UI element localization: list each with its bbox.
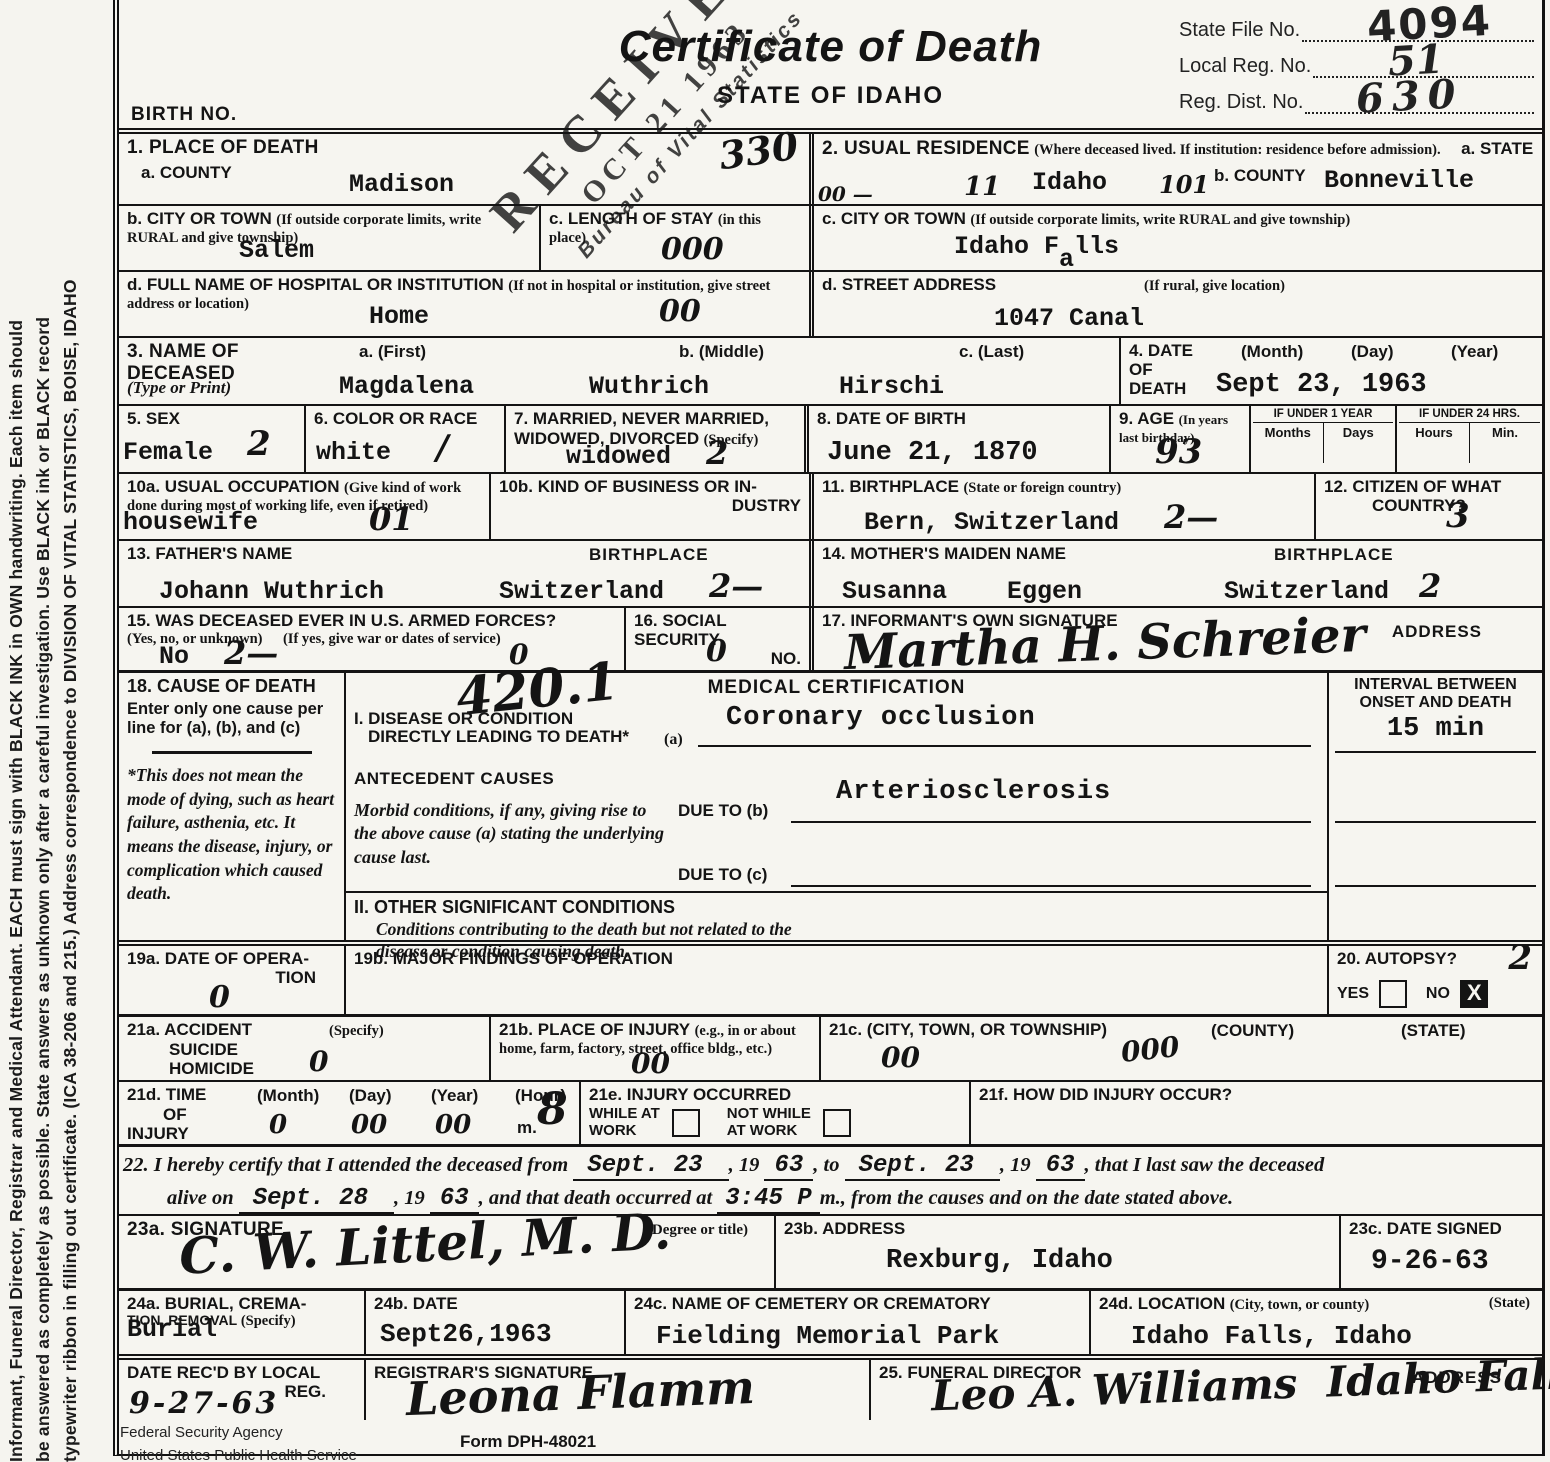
field-21b-label: 21b. PLACE OF INJURY: [499, 1020, 690, 1039]
field-8-label: 8. DATE OF BIRTH: [817, 409, 1101, 428]
field-1c-label: c. LENGTH OF STAY: [549, 209, 713, 228]
field-21c-label: 21c. (CITY, TOWN, OR TOWNSHIP): [829, 1020, 1107, 1039]
field-24d-state-label: (State): [1489, 1295, 1530, 1312]
funeral-director-signature: Leo A. Williams Idaho Falls: [930, 1349, 1550, 1421]
attended-to-value: Sept. 23: [845, 1152, 1000, 1181]
marital-value: widowed: [566, 442, 671, 471]
agency-footer: Federal Security Agency United States Pu…: [120, 1422, 357, 1462]
field-11-paren: (State or foreign country): [963, 480, 1121, 496]
dob-value: June 21, 1870: [827, 438, 1038, 468]
file-numbers: State File No. 4094 Local Reg. No. 51 Re…: [1179, 6, 1534, 114]
field-23b-address: 23b. ADDRESS Rexburg, Idaho: [774, 1216, 1339, 1288]
residence-state-hand-11: 11: [964, 172, 1000, 202]
hospital-hand-mark: 00: [659, 294, 701, 329]
street-address-value: 1047 Canal: [994, 304, 1144, 333]
field-21f-label: 21f. HOW DID INJURY OCCUR?: [979, 1085, 1232, 1104]
morbid-conditions-note: Morbid conditions, if any, giving rise t…: [354, 799, 664, 869]
sex-hand-mark: 2: [247, 424, 271, 464]
field-21d-label: 21d. TIME: [127, 1085, 206, 1104]
field-9-under-24-hrs: IF UNDER 24 HRS. Hours Min.: [1395, 406, 1542, 472]
field-24d-label: 24d. LOCATION: [1099, 1294, 1225, 1313]
field-21a-paren: (Specify): [329, 1023, 384, 1040]
birthplace-hand-mark: 2—: [1164, 498, 1218, 536]
field-6-label: 6. COLOR OR RACE: [314, 409, 496, 428]
form-header: Certificate of Death STATE OF IDAHO BIRT…: [119, 0, 1542, 128]
field-8-dob: 8. DATE OF BIRTH June 21, 1870: [804, 406, 1109, 472]
row-place-residence: 1. PLACE OF DEATH a. COUNTY Madison 2. U…: [119, 128, 1542, 204]
ssn-hand-mark: 0: [706, 634, 727, 669]
residence-state-value: Idaho: [1032, 168, 1107, 197]
local-reg-label: Local Reg. No.: [1179, 55, 1313, 78]
row-time-of-injury: 21d. TIME OF INJURY (Month) (Day) (Year)…: [119, 1080, 1542, 1144]
row-physician: 23a. SIGNATURE (Degree or title) C. W. L…: [119, 1214, 1542, 1288]
field-15-label: 15. WAS DECEASED EVER IN U.S. ARMED FORC…: [127, 611, 616, 630]
injury-year-hand: 00: [435, 1110, 471, 1140]
attended-from-value: Sept. 23: [573, 1152, 728, 1181]
field-25-funeral-director: 25. FUNERAL DIRECTOR ADDRESS Leo A. Will…: [869, 1360, 1542, 1420]
field-2c-paren: (If outside corporate limits, write RURA…: [970, 212, 1350, 228]
margin-line-1: Informant, Funeral Director, Registrar a…: [6, 0, 27, 1462]
field-13-label: 13. FATHER'S NAME: [127, 544, 292, 563]
field-6-race: 6. COLOR OR RACE white /: [304, 406, 504, 472]
field-2-usual-residence: 2. USUAL RESIDENCE (Where deceased lived…: [809, 134, 1542, 204]
injury-month-hand: 0: [269, 1110, 287, 1140]
field-2d-paren: (If rural, give location): [1144, 278, 1285, 295]
autopsy-hand-mark: 2: [1508, 938, 1532, 978]
field-1b-label: b. CITY OR TOWN: [127, 209, 272, 228]
form-number: Form DPH-48021: [460, 1432, 596, 1452]
state-file-row: State File No. 4094: [1179, 6, 1534, 42]
days-label: Days: [1324, 423, 1394, 463]
antecedent-causes-label: ANTECEDENT CAUSES: [354, 769, 554, 788]
attended-from-year: 63: [764, 1152, 813, 1181]
death-time-value: 3:45 P: [717, 1185, 819, 1214]
interval-value: 15 min: [1337, 714, 1534, 744]
row-registrar: DATE REC'D BY LOCAL REG. 9-27-63 REGISTR…: [119, 1354, 1542, 1420]
row-accident: 21a. ACCIDENT (Specify) SUICIDE HOMICIDE…: [119, 1014, 1542, 1080]
occupation-value: housewife: [123, 508, 258, 537]
field-2-paren: (Where deceased lived. If institution: r…: [1034, 142, 1440, 158]
citizen-hand-value: 3: [1446, 496, 1470, 536]
not-while-at-work-checkbox: [823, 1109, 851, 1137]
birth-no-label: BIRTH NO.: [131, 104, 237, 126]
field-1-place-of-death: 1. PLACE OF DEATH a. COUNTY Madison: [119, 134, 809, 204]
residence-county-value: Bonneville: [1324, 166, 1474, 195]
dod-day-label: (Day): [1351, 342, 1394, 361]
field-21a-label: 21a. ACCIDENT: [127, 1020, 252, 1039]
field-10b-label2: DUSTRY: [499, 496, 801, 515]
margin-instructions: Informant, Funeral Director, Registrar a…: [0, 0, 112, 1462]
cause-a-value: Coronary occlusion: [726, 703, 1036, 733]
physician-address-value: Rexburg, Idaho: [886, 1246, 1113, 1276]
margin-line-2: be answered as completely as possible. S…: [33, 0, 54, 1462]
field-3-name: 3. NAME OF DECEASED (Type or Print) a. (…: [119, 338, 1119, 404]
first-name-label: a. (First): [359, 342, 426, 361]
cause-b-value: Arteriosclerosis: [836, 777, 1111, 807]
attended-to-year: 63: [1036, 1152, 1085, 1181]
race-hand-mark: /: [436, 428, 448, 468]
county-hand-mark: 000: [1119, 1030, 1181, 1069]
birthplace-value: Bern, Switzerland: [864, 508, 1119, 537]
father-birthplace-label: BIRTHPLACE: [589, 545, 709, 564]
field-24b-label: 24b. DATE: [374, 1294, 458, 1313]
local-reg-row: Local Reg. No. 51: [1179, 42, 1534, 78]
medical-certification-section: MEDICAL CERTIFICATION 420.1 I. DISEASE O…: [344, 673, 1327, 940]
field-15-paren2: (If yes, give war or dates of service): [283, 631, 501, 647]
injury-day-hand: 00: [351, 1110, 387, 1140]
field-1b-city: b. CITY OR TOWN (If outside corporate li…: [119, 206, 539, 270]
field-21b-place-of-injury: 21b. PLACE OF INJURY (e.g., in or about …: [489, 1017, 819, 1080]
field-23c-date-signed: 23c. DATE SIGNED 9-26-63: [1339, 1216, 1542, 1288]
residence-city-value: Idaho Falls: [954, 232, 1119, 261]
field-3-sub: (Type or Print): [127, 378, 231, 398]
field-23a-signature: 23a. SIGNATURE (Degree or title) C. W. L…: [119, 1216, 774, 1288]
field-18-label: 18. CAUSE OF DEATH: [127, 676, 336, 696]
field-14-label: 14. MOTHER'S MAIDEN NAME: [822, 544, 1066, 563]
injury-m-label: m.: [517, 1118, 537, 1137]
row-forces-informant: 15. WAS DECEASED EVER IN U.S. ARMED FORC…: [119, 606, 1542, 670]
row-parents: 13. FATHER'S NAME BIRTHPLACE Johann Wuth…: [119, 539, 1542, 606]
field-24a-burial: 24a. BURIAL, CREMA- TION, REMOVAL (Speci…: [119, 1291, 364, 1354]
date-recd-label: DATE REC'D BY LOCAL: [127, 1363, 356, 1382]
field-1c-length-of-stay: c. LENGTH OF STAY (in this place) 000: [539, 206, 809, 270]
field-12-label: 12. CITIZEN OF WHAT: [1324, 477, 1534, 496]
field-24c-cemetery: 24c. NAME OF CEMETERY OR CREMATORY Field…: [624, 1291, 1089, 1354]
field-1a-label: a. COUNTY: [141, 163, 232, 182]
field-19b-findings: 19b. MAJOR FINDINGS OF OPERATION: [344, 946, 1327, 1014]
field-2b-label: b. COUNTY: [1214, 166, 1306, 185]
county-of-death-value: Madison: [349, 170, 454, 199]
other-significant-conditions-label: II. OTHER SIGNIFICANT CONDITIONS: [354, 897, 675, 917]
mother-birthplace-value: Switzerland: [1224, 577, 1389, 606]
injury-month-label: (Month): [257, 1086, 319, 1105]
reg-dist-value: 630: [1355, 70, 1465, 123]
row-city: b. CITY OR TOWN (If outside corporate li…: [119, 204, 1542, 270]
last-seen-year: 63: [430, 1185, 479, 1214]
field-1-label: 1. PLACE OF DEATH: [127, 137, 801, 159]
field-2c-city: c. CITY OR TOWN (If outside corporate li…: [809, 206, 1542, 270]
field-21e-injury-occurred: 21e. INJURY OCCURRED WHILE ATWORK NOT WH…: [579, 1082, 969, 1144]
hospital-value: Home: [369, 302, 429, 331]
disease-condition-label2: DIRECTLY LEADING TO DEATH*: [368, 727, 629, 746]
row-occupation-birthplace: 10a. USUAL OCCUPATION (Give kind of work…: [119, 472, 1542, 539]
agency-line-1: Federal Security Agency: [120, 1422, 357, 1445]
field-19a-label: 19a. DATE OF OPERA-: [127, 949, 336, 968]
race-value: white: [316, 438, 391, 467]
accident-hand-mark: 0: [309, 1045, 328, 1078]
father-birthplace-value: Switzerland: [499, 577, 664, 606]
occupation-hand-mark: 01: [369, 500, 414, 538]
place-injury-hand-mark: 00: [631, 1047, 670, 1080]
field-16-ssn: 16. SOCIAL SECURITY NO. 0: [624, 608, 809, 670]
burial-location-value: Idaho Falls, Idaho: [1131, 1321, 1412, 1351]
field-21f-how-injury: 21f. HOW DID INJURY OCCUR?: [969, 1082, 1542, 1144]
field-1d-label: d. FULL NAME OF HOSPITAL OR INSTITUTION: [127, 275, 504, 294]
field-24d-location: 24d. LOCATION (City, town, or county) (S…: [1089, 1291, 1542, 1354]
disease-condition-label1: I. DISEASE OR CONDITION: [354, 709, 573, 728]
injury-hour-hand: 8: [537, 1084, 568, 1135]
field-20-label: 20. AUTOPSY?: [1337, 949, 1457, 968]
date-recd-value: 9-27-63: [129, 1386, 279, 1421]
cause-a-label: (a): [664, 731, 683, 749]
field-9-age: 9. AGE (In years last birthday) 93: [1109, 406, 1249, 472]
field-21a-accident: 21a. ACCIDENT (Specify) SUICIDE HOMICIDE…: [119, 1017, 489, 1080]
field-18-note2: *This does not mean the mode of dying, s…: [127, 764, 336, 906]
while-at-work-label: WHILE ATWORK: [589, 1106, 660, 1140]
row-name-dod: 3. NAME OF DECEASED (Type or Print) a. (…: [119, 336, 1542, 404]
injury-year-label: (Year): [431, 1086, 478, 1105]
certify-seg1: I hereby certify that I attended the dec…: [154, 1154, 568, 1176]
field-17-informant: 17. INFORMANT'S OWN SIGNATURE ADDRESS Ma…: [809, 608, 1542, 670]
field-21c-state-label: (STATE): [1401, 1021, 1466, 1040]
father-name-value: Johann Wuthrich: [159, 577, 384, 606]
sex-value: Female: [123, 438, 213, 467]
autopsy-yes-label: YES: [1337, 985, 1369, 1002]
certify-seg5: , that I last saw the deceased: [1085, 1154, 1325, 1176]
field-13-father: 13. FATHER'S NAME BIRTHPLACE Johann Wuth…: [119, 541, 809, 606]
first-name-value: Magdalena: [339, 372, 474, 401]
field-21e-label: 21e. INJURY OCCURRED: [589, 1085, 791, 1104]
date-signed-value: 9-26-63: [1371, 1246, 1489, 1277]
due-to-c-label: DUE TO (c): [678, 865, 767, 884]
field-21d-label3: INJURY: [127, 1124, 571, 1143]
field-4-label: 4. DATE OF DEATH: [1129, 341, 1207, 398]
informant-address-label: ADDRESS: [1392, 622, 1482, 641]
age-value: 93: [1155, 432, 1202, 472]
field-22-certification: 22. I hereby certify that I attended the…: [119, 1147, 1542, 1214]
autopsy-no-label: NO: [1426, 985, 1450, 1002]
under-24-hrs-label: IF UNDER 24 HRS.: [1399, 408, 1540, 420]
armed-forces-value: No: [159, 642, 189, 671]
mother-name-value: Susanna Eggen: [842, 577, 1082, 606]
field-22-num: 22.: [123, 1154, 149, 1176]
field-23b-label: 23b. ADDRESS: [784, 1219, 1331, 1238]
field-24b-date: 24b. DATE Sept26,1963: [364, 1291, 624, 1354]
field-14-mother: 14. MOTHER'S MAIDEN NAME BIRTHPLACE Susa…: [809, 541, 1542, 606]
while-at-work-checkbox: [672, 1109, 700, 1137]
row-operation-autopsy: 19a. DATE OF OPERA- TION 0 19b. MAJOR FI…: [119, 940, 1542, 1014]
interval-label1: INTERVAL BETWEEN: [1337, 676, 1534, 694]
operation-hand-mark: 0: [209, 980, 230, 1015]
last-name-label: c. (Last): [959, 342, 1024, 361]
mother-birthplace-label: BIRTHPLACE: [1274, 545, 1394, 564]
field-24d-paren: (City, town, or county): [1230, 1297, 1370, 1313]
field-21c-city-county-state: 21c. (CITY, TOWN, OR TOWNSHIP) (COUNTY) …: [819, 1017, 1542, 1080]
row-hospital-street: d. FULL NAME OF HOSPITAL OR INSTITUTION …: [119, 270, 1542, 336]
dod-month-label: (Month): [1241, 342, 1303, 361]
cemetery-value: Fielding Memorial Park: [656, 1321, 999, 1351]
death-certificate-scan: Informant, Funeral Director, Registrar a…: [0, 0, 1550, 1462]
certificate-form: Certificate of Death STATE OF IDAHO BIRT…: [113, 0, 1545, 1456]
physician-signature: C. W. Littel, M. D.: [178, 1201, 672, 1286]
middle-name-label: b. (Middle): [679, 342, 764, 361]
burial-value: Burial: [127, 1315, 217, 1344]
field-18-note1: Enter only one cause per line for (a), (…: [127, 700, 336, 737]
field-4-date-of-death: 4. DATE OF DEATH (Month) (Day) (Year) Se…: [1119, 338, 1542, 404]
field-19a-date-of-operation: 19a. DATE OF OPERA- TION 0: [119, 946, 344, 1014]
field-1d-hospital: d. FULL NAME OF HOSPITAL OR INSTITUTION …: [119, 272, 809, 336]
field-21d-time-of-injury: 21d. TIME OF INJURY (Month) (Day) (Year)…: [119, 1082, 579, 1144]
father-hand-mark: 2—: [709, 567, 763, 605]
length-of-stay-hand: 000: [661, 232, 724, 267]
field-19b-label: 19b. MAJOR FINDINGS OF OPERATION: [354, 949, 673, 968]
last-seen-value: Sept. 28: [239, 1185, 394, 1214]
field-5-sex: 5. SEX Female 2: [119, 406, 304, 472]
min-label: Min.: [1470, 423, 1540, 463]
months-label: Months: [1253, 423, 1324, 463]
field-7-marital: 7. MARRIED, NEVER MARRIED, WIDOWED, DIVO…: [504, 406, 804, 472]
residence-state-hand-mark: 00 —: [818, 182, 873, 206]
field-2a-label: a. STATE: [1461, 139, 1533, 158]
field-9-label: 9. AGE: [1119, 409, 1174, 428]
field-11-label: 11. BIRTHPLACE: [822, 477, 959, 496]
middle-name-value: Wuthrich: [589, 372, 709, 401]
mother-hand-mark: 2: [1419, 567, 1441, 605]
field-date-recd: DATE REC'D BY LOCAL REG. 9-27-63: [119, 1360, 364, 1420]
field-2c-label: c. CITY OR TOWN: [822, 209, 966, 228]
agency-line-2: United States Public Health Service: [120, 1445, 357, 1462]
due-to-b-label: DUE TO (b): [678, 801, 768, 820]
date-of-death-value: Sept 23, 1963: [1216, 370, 1427, 400]
field-2-label: 2. USUAL RESIDENCE: [822, 138, 1030, 159]
field-2d-label: d. STREET ADDRESS: [822, 275, 996, 294]
field-2d-street: d. STREET ADDRESS (If rural, give locati…: [809, 272, 1542, 336]
field-10a-label: 10a. USUAL OCCUPATION: [127, 477, 340, 496]
state-file-label: State File No.: [1179, 19, 1302, 42]
interval-label2: ONSET AND DEATH: [1337, 694, 1534, 712]
last-name-value: Hirschi: [839, 372, 944, 401]
field-10a-occupation: 10a. USUAL OCCUPATION (Give kind of work…: [119, 474, 489, 539]
field-21c-county-label: (COUNTY): [1211, 1021, 1294, 1040]
field-10b-label: 10b. KIND OF BUSINESS OR IN-: [499, 477, 801, 496]
city-of-death-value: Salem: [239, 236, 314, 265]
registrar-signature: Leona Flamm: [405, 1360, 756, 1426]
row-sex-race-age: 5. SEX Female 2 6. COLOR OR RACE white /…: [119, 404, 1542, 472]
city-hand-mark: 00: [881, 1041, 920, 1074]
marital-hand-mark: 2: [706, 434, 728, 472]
autopsy-no-checkbox-checked: X: [1460, 980, 1488, 1008]
row-burial: 24a. BURIAL, CREMA- TION, REMOVAL (Speci…: [119, 1288, 1542, 1354]
field-23c-label: 23c. DATE SIGNED: [1349, 1219, 1534, 1238]
not-while-at-work-label: NOT WHILEAT WORK: [727, 1106, 811, 1140]
armed-forces-hand1: 2—: [224, 634, 278, 672]
injury-day-label: (Day): [349, 1086, 392, 1105]
residence-hand-loop: 101: [1159, 170, 1209, 199]
margin-line-3: typewriter ribbon in filling out certifi…: [60, 0, 81, 1462]
field-24a-label: 24a. BURIAL, CREMA-: [127, 1294, 356, 1313]
burial-date-value: Sept26,1963: [380, 1319, 552, 1349]
row-certify-statement: 22. I hereby certify that I attended the…: [119, 1144, 1542, 1214]
field-18-cause-of-death: 18. CAUSE OF DEATH Enter only one cause …: [119, 673, 344, 940]
hours-label: Hours: [1399, 423, 1470, 463]
field-24c-label: 24c. NAME OF CEMETERY OR CREMATORY: [634, 1294, 991, 1313]
autopsy-yes-checkbox: [1379, 980, 1407, 1008]
field-registrar-signature: REGISTRAR'S SIGNATURE Leona Flamm: [364, 1360, 869, 1420]
reg-dist-label: Reg. Dist. No.: [1179, 91, 1305, 114]
certify-seg6: alive on: [167, 1187, 234, 1209]
field-20-autopsy: 20. AUTOPSY? 2 YES NO X: [1327, 946, 1542, 1014]
field-10b-business: 10b. KIND OF BUSINESS OR IN- DUSTRY: [489, 474, 809, 539]
interval-onset-death: INTERVAL BETWEEN ONSET AND DEATH 15 min: [1327, 673, 1542, 940]
field-12-citizen: 12. CITIZEN OF WHAT COUNTRY? 3: [1314, 474, 1542, 539]
certify-seg9: m., from the causes and on the date stat…: [820, 1187, 1233, 1209]
field-11-birthplace: 11. BIRTHPLACE (State or foreign country…: [809, 474, 1314, 539]
under-1-year-label: IF UNDER 1 YEAR: [1253, 408, 1393, 420]
field-9-under-1-year: IF UNDER 1 YEAR Months Days: [1249, 406, 1395, 472]
reg-dist-row: Reg. Dist. No. 630: [1179, 78, 1534, 114]
dod-year-label: (Year): [1451, 342, 1498, 361]
row-medical-certification: 18. CAUSE OF DEATH Enter only one cause …: [119, 670, 1542, 940]
